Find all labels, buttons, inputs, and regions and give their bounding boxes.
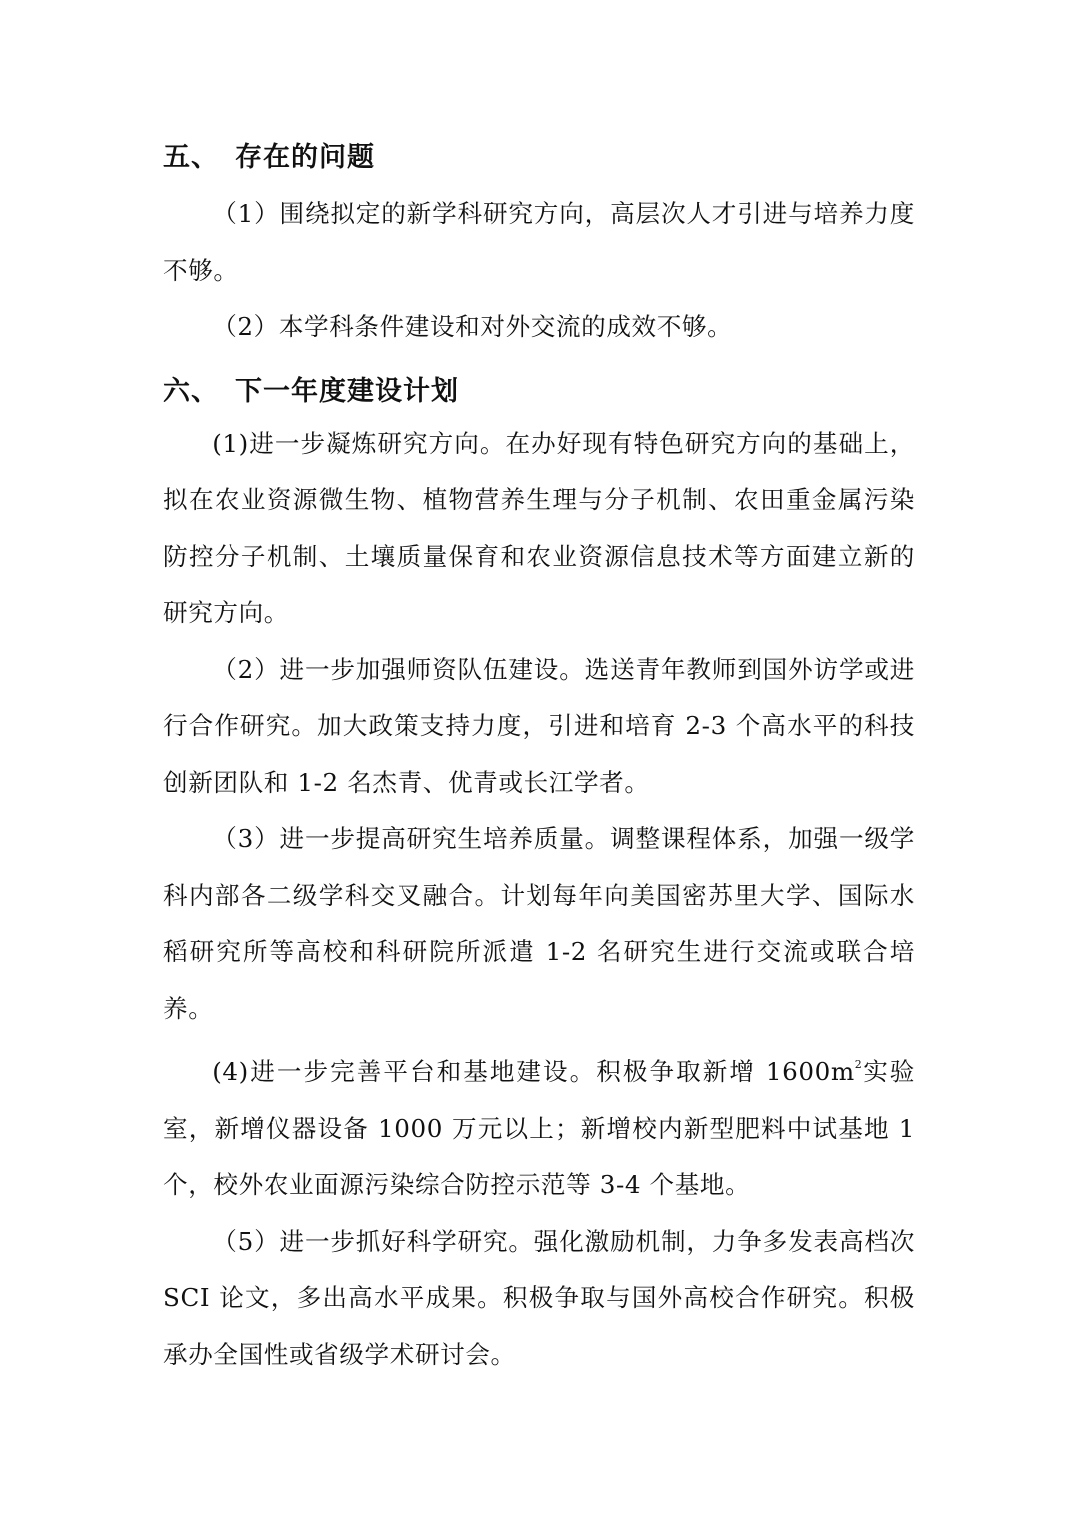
section-title: 下一年度建设计划 (235, 376, 459, 407)
section-heading-problems: 五、存在的问题 (163, 136, 915, 180)
area-unit-superscript: 2 (855, 1058, 862, 1071)
paragraph-plan-3: （3）进一步提高研究生培养质量。调整课程体系，加强一级学科内部各二级学科交叉融合… (163, 811, 915, 1037)
section-number: 五、 (163, 136, 235, 180)
section-title: 存在的问题 (235, 142, 375, 173)
section-number: 六、 (163, 370, 235, 414)
paragraph-plan-5: （5）进一步抓好科学研究。强化激励机制，力争多发表高档次 SCI 论文，多出高水… (163, 1214, 915, 1384)
section-next-year-plan: 六、下一年度建设计划 (1)进一步凝炼研究方向。在办好现有特色研究方向的基础上，… (163, 370, 915, 1384)
paragraph-plan-2: （2）进一步加强师资队伍建设。选送青年教师到国外访学或进行合作研究。加大政策支持… (163, 642, 915, 812)
section-problems: 五、存在的问题 （1）围绕拟定的新学科研究方向，高层次人才引进与培养力度不够。 … (163, 136, 915, 356)
paragraph-plan-4-before: (4)进一步完善平台和基地建设。积极争取新增 1600m (212, 1057, 855, 1086)
section-heading-plan: 六、下一年度建设计划 (163, 370, 915, 414)
paragraph-plan-4: (4)进一步完善平台和基地建设。积极争取新增 1600m2实验室，新增仪器设备 … (163, 1037, 915, 1214)
paragraph-problem-2: （2）本学科条件建设和对外交流的成效不够。 (163, 299, 915, 356)
paragraph-problem-1: （1）围绕拟定的新学科研究方向，高层次人才引进与培养力度不够。 (163, 186, 915, 299)
document-page: 五、存在的问题 （1）围绕拟定的新学科研究方向，高层次人才引进与培养力度不够。 … (163, 136, 915, 1383)
paragraph-plan-1: (1)进一步凝炼研究方向。在办好现有特色研究方向的基础上，拟在农业资源微生物、植… (163, 416, 915, 642)
